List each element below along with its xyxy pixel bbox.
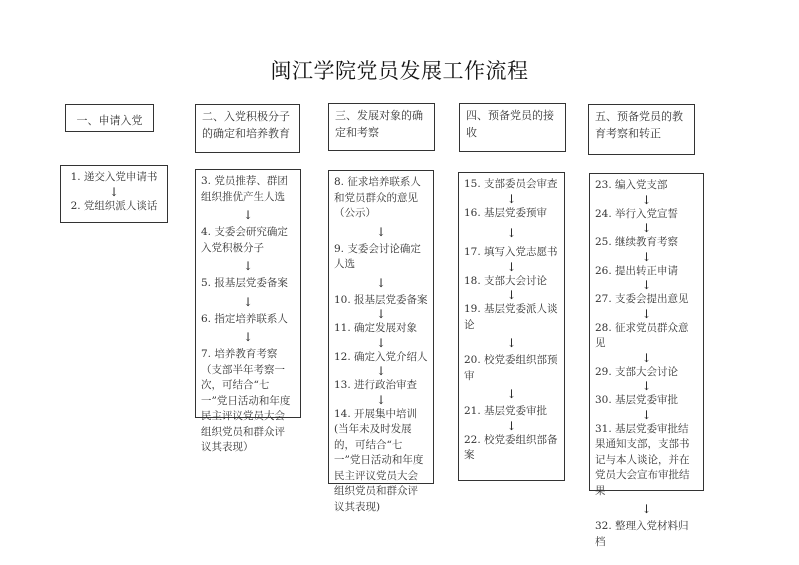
step-16: 16. 基层党委预审	[464, 206, 559, 222]
step-13: 13. 进行政治审查	[334, 378, 428, 394]
step-5: 5. 报基层党委备案	[201, 276, 295, 292]
step-8: 8. 征求培养联系人和党员群众的意见（公示）	[334, 175, 428, 222]
arrow-down-icon: ↓	[201, 205, 295, 225]
arrow-down-icon: ↓	[595, 222, 698, 235]
step-12: 12. 确定入党介绍人	[334, 350, 428, 366]
arrow-down-icon: ↓	[66, 186, 162, 199]
arrow-down-icon: ↓	[334, 222, 428, 242]
arrow-down-icon: ↓	[334, 273, 428, 293]
step-2: 2. 党组织派人谈话	[66, 199, 162, 215]
step-19: 19. 基层党委派人谈论	[464, 302, 559, 333]
stage-1-header-text: 一、申请入党	[66, 105, 153, 132]
stage-3-header: 三、发展对象的确定和考察	[328, 103, 435, 151]
arrow-down-icon: ↓	[595, 380, 698, 393]
stage-5-steps: 23. 编入党支部 ↓ 24. 举行入党宣誓 ↓ 25. 继续教育考察 ↓ 26…	[589, 173, 704, 491]
step-18: 18. 支部大会讨论	[464, 274, 559, 290]
step-21: 21. 基层党委审批	[464, 404, 559, 420]
stage-4-steps: 15. 支部委员会审查 ↓ 16. 基层党委预审 ↓ 17. 填写入党志愿书 ↓…	[458, 172, 565, 481]
step-7: 7. 培养教育考察（支部半年考察一次，可结合“七一”党日活动和年度民主评议党员大…	[201, 347, 295, 456]
arrow-down-icon: ↓	[595, 279, 698, 292]
stage-2-steps: 3. 党员推荐、群团组织推优产生人选 ↓ 4. 支委会研究确定入党积极分子 ↓ …	[195, 169, 301, 418]
stage-5-header-text: 五、预备党员的教育考察和转正	[589, 105, 694, 145]
step-31: 31. 基层党委审批结果通知支部，支部书记与本人谈论，并在党员大会宣布审批结果	[595, 422, 698, 500]
step-29: 29. 支部大会讨论	[595, 365, 698, 381]
arrow-down-icon: ↓	[464, 221, 559, 245]
stage-1-header: 一、申请入党	[65, 104, 154, 132]
arrow-down-icon: ↓	[595, 308, 698, 321]
stage-2-header-text: 二、入党积极分子的确定和培养教育	[196, 105, 299, 145]
arrow-down-icon: ↓	[334, 394, 428, 407]
arrow-down-icon: ↓	[595, 499, 698, 519]
step-11: 11. 确定发展对象	[334, 321, 428, 337]
step-20: 20. 校党委组织部预审	[464, 353, 559, 384]
arrow-down-icon: ↓	[201, 327, 295, 347]
step-1: 1. 递交入党申请书	[66, 170, 162, 186]
step-32: 32. 整理入党材料归档	[595, 519, 698, 550]
step-28: 28. 征求党员群众意见	[595, 321, 698, 352]
step-23: 23. 编入党支部	[595, 178, 698, 194]
arrow-down-icon: ↓	[464, 261, 559, 274]
arrow-down-icon: ↓	[201, 292, 295, 312]
arrow-down-icon: ↓	[201, 256, 295, 276]
step-26: 26. 提出转正申请	[595, 264, 698, 280]
arrow-down-icon: ↓	[334, 365, 428, 378]
stage-5-header: 五、预备党员的教育考察和转正	[588, 104, 695, 155]
step-27: 27. 支委会提出意见	[595, 292, 698, 308]
stage-3-steps: 8. 征求培养联系人和党员群众的意见（公示） ↓ 9. 支委会讨论确定人选 ↓ …	[328, 170, 434, 484]
arrow-down-icon: ↓	[595, 352, 698, 365]
arrow-down-icon: ↓	[595, 409, 698, 422]
stage-1-steps: 1. 递交入党申请书 ↓ 2. 党组织派人谈话	[60, 165, 168, 223]
arrow-down-icon: ↓	[464, 420, 559, 433]
arrow-down-icon: ↓	[464, 333, 559, 353]
stage-4-header-text: 四、预备党员的接收	[460, 104, 565, 144]
stage-4-header: 四、预备党员的接收	[459, 103, 566, 152]
arrow-down-icon: ↓	[464, 289, 559, 302]
step-14: 14. 开展集中培训(当年未及时发展的，可结合“七一”党日活动和年度民主评议党员…	[334, 407, 428, 516]
page-title: 闽江学院党员发展工作流程	[0, 55, 799, 85]
arrow-down-icon: ↓	[595, 251, 698, 264]
stage-2-header: 二、入党积极分子的确定和培养教育	[195, 104, 300, 153]
arrow-down-icon: ↓	[464, 384, 559, 404]
step-22: 22. 校党委组织部备案	[464, 433, 559, 464]
arrow-down-icon: ↓	[334, 308, 428, 321]
step-30: 30. 基层党委审批	[595, 393, 698, 409]
step-6: 6. 指定培养联系人	[201, 312, 295, 328]
step-9: 9. 支委会讨论确定人选	[334, 242, 428, 273]
step-3: 3. 党员推荐、群团组织推优产生人选	[201, 174, 295, 205]
step-24: 24. 举行入党宣誓	[595, 207, 698, 223]
arrow-down-icon: ↓	[595, 194, 698, 207]
step-4: 4. 支委会研究确定入党积极分子	[201, 225, 295, 256]
step-10: 10. 报基层党委备案	[334, 293, 428, 309]
arrow-down-icon: ↓	[334, 337, 428, 350]
step-17: 17. 填写入党志愿书	[464, 245, 559, 261]
step-15: 15. 支部委员会审查	[464, 177, 559, 193]
arrow-down-icon: ↓	[464, 193, 559, 206]
stage-3-header-text: 三、发展对象的确定和考察	[329, 104, 434, 144]
step-25: 25. 继续教育考察	[595, 235, 698, 251]
